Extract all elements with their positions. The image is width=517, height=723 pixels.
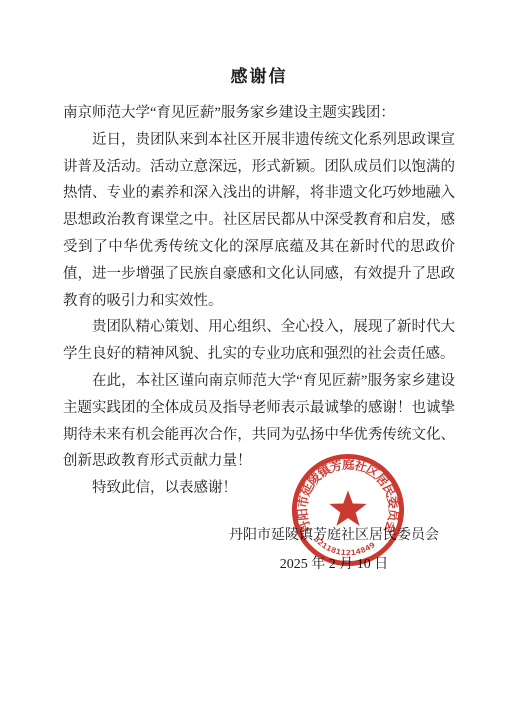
signature-block: 丹阳市延陵镇芳庭社区居民委员会 2025 年 2 月 10 日 [63,525,455,576]
paragraph-1: 近日，贵团队来到本社区开展非遗传统文化系列思政课宣讲普及活动。活动立意深远，形式… [63,127,455,315]
letter-body: 南京师范大学“育见匠薪”服务家乡建设主题实践团： 近日，贵团队来到本社区开展非遗… [63,100,455,502]
committee-signature: 丹阳市延陵镇芳庭社区居民委员会 [229,525,439,547]
salutation: 南京师范大学“育见匠薪”服务家乡建设主题实践团： [63,100,455,127]
paragraph-2: 贵团队精心策划、用心组织、全心投入，展现了新时代大学生良好的精神风貌、扎实的专业… [63,314,455,368]
closing-line: 特致此信，以表感谢！ [63,475,455,502]
letter-title: 感谢信 [63,62,455,87]
letter-date: 2025 年 2 月 10 日 [229,554,439,576]
letter-page: 感谢信 南京师范大学“育见匠薪”服务家乡建设主题实践团： 近日，贵团队来到本社区… [0,0,517,723]
paragraph-3: 在此，本社区谨向南京师范大学“育见匠薪”服务家乡建设主题实践团的全体成员及指导老… [63,368,455,475]
